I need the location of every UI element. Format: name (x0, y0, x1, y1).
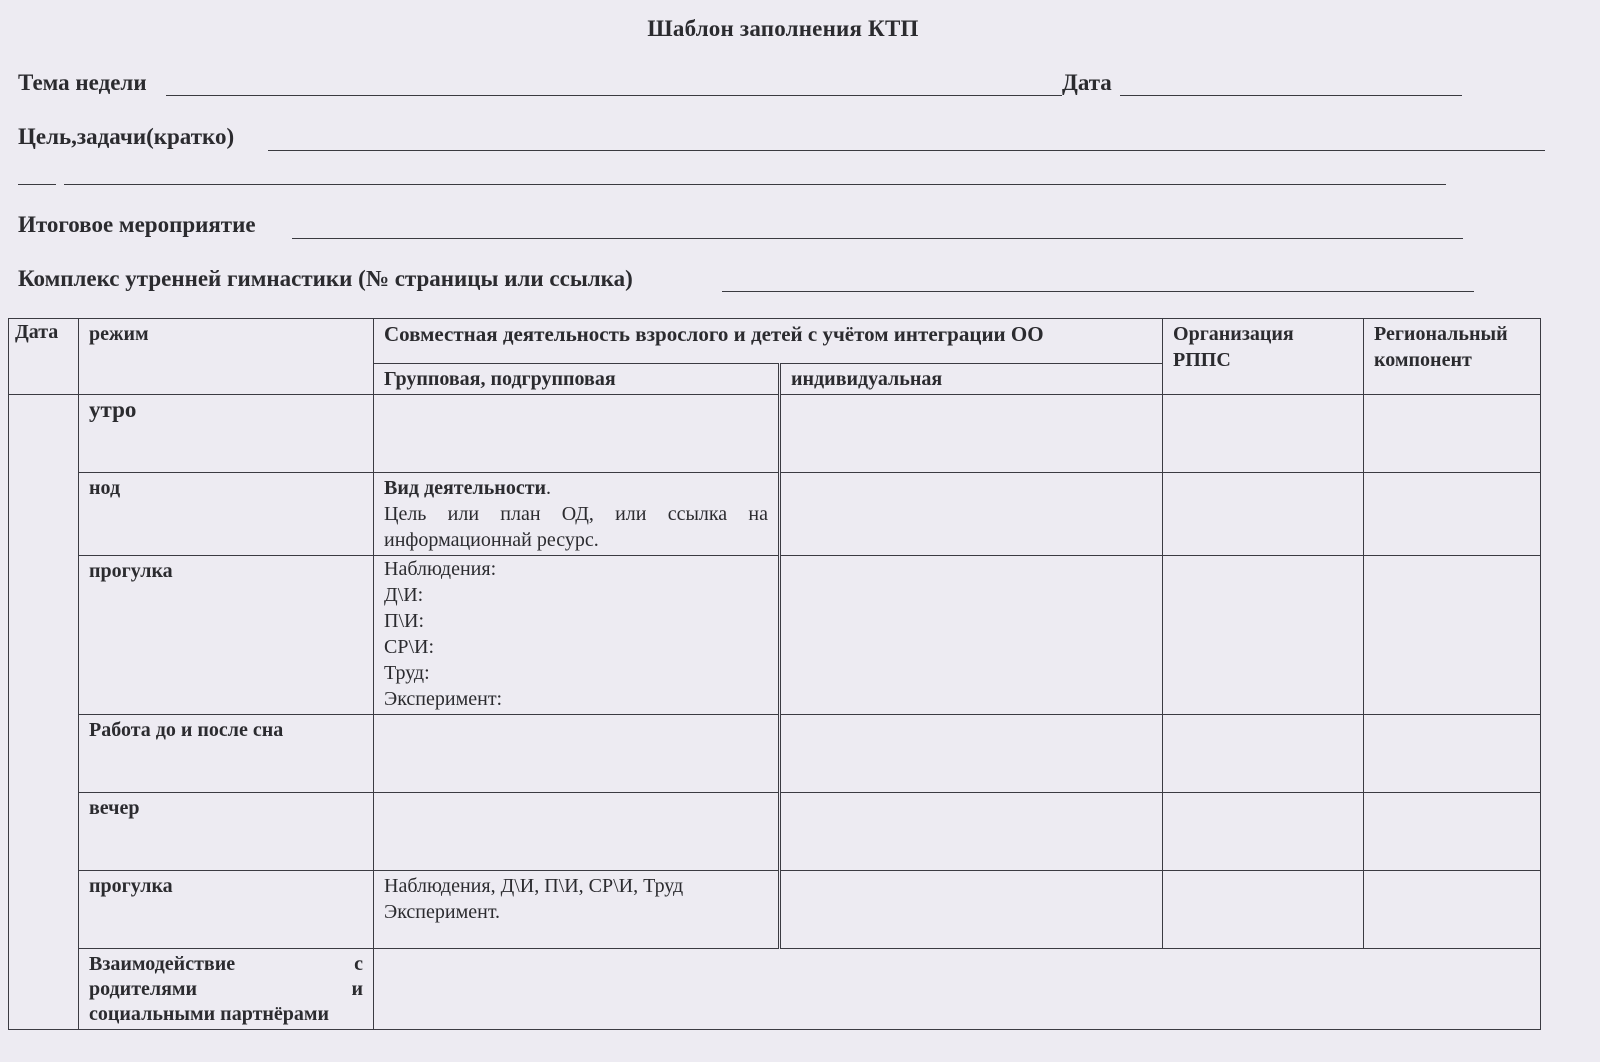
walk-summary-line: Наблюдения, Д\И, П\И, СР\И, Труд (384, 873, 768, 899)
date-label: Дата (1062, 70, 1112, 96)
activity-type-label: Вид деятельности (384, 477, 546, 499)
rpps-cell[interactable] (1163, 473, 1364, 556)
group-cell[interactable]: Вид деятельности. Цель или план ОД, или … (374, 473, 780, 556)
regime-cell: вечер (79, 793, 374, 871)
table-row: вечер (9, 793, 1541, 871)
regional-cell[interactable] (1364, 473, 1541, 556)
header-rpps-line1: Организация (1173, 321, 1353, 347)
group-cell[interactable] (374, 793, 780, 871)
header-joint-activity: Совместная деятельность взрослого и дете… (374, 319, 1163, 364)
regional-cell[interactable] (1364, 395, 1541, 473)
rpps-cell[interactable] (1163, 793, 1364, 871)
header-regime: режим (79, 319, 374, 395)
activity-type-suffix: . (546, 477, 551, 499)
rpps-cell[interactable] (1163, 715, 1364, 793)
table-row: прогулка Наблюдения, Д\И, П\И, СР\И, Тру… (9, 871, 1541, 949)
header-group: Групповая, подгрупповая (374, 364, 780, 395)
table-row: Взаимодействие с родителями и социальным… (9, 949, 1541, 1030)
goals-input-line-2a[interactable] (18, 184, 56, 185)
walk-item: П\И: (384, 608, 768, 634)
header-regional: Региональный компонент (1364, 319, 1541, 395)
regime-cell: Взаимодействие с родителями и социальным… (79, 949, 374, 1030)
goals-label: Цель,задачи(кратко) (18, 124, 234, 150)
walk-summary-line: Эксперимент. (384, 899, 768, 925)
walk-item: СР\И: (384, 634, 768, 660)
walk-item: Труд: (384, 660, 768, 686)
interaction-word-2: с (354, 952, 363, 977)
document-title: Шаблон заполнения КТП (0, 16, 1566, 42)
regional-cell[interactable] (1364, 793, 1541, 871)
rpps-cell[interactable] (1163, 395, 1364, 473)
header-rpps-line2: РППС (1173, 347, 1353, 373)
final-event-input-line[interactable] (292, 238, 1463, 239)
walk-item: Эксперимент: (384, 686, 768, 712)
interaction-word-4: и (351, 977, 363, 1002)
regime-cell: прогулка (79, 871, 374, 949)
regional-cell[interactable] (1364, 556, 1541, 715)
regime-cell: нод (79, 473, 374, 556)
interaction-word-1: Взаимодействие (89, 952, 235, 977)
week-topic-input-line[interactable] (166, 95, 1062, 96)
table-row: Работа до и после сна (9, 715, 1541, 793)
individual-cell[interactable] (780, 715, 1163, 793)
date-cell[interactable] (9, 395, 79, 1030)
regime-cell: прогулка (79, 556, 374, 715)
goals-input-line-2b[interactable] (64, 184, 1446, 185)
rpps-cell[interactable] (1163, 871, 1364, 949)
regional-cell[interactable] (1364, 715, 1541, 793)
group-cell[interactable] (374, 395, 780, 473)
individual-cell[interactable] (780, 395, 1163, 473)
table-row: прогулка Наблюдения: Д\И: П\И: СР\И: Тру… (9, 556, 1541, 715)
walk-item: Д\И: (384, 582, 768, 608)
interaction-word-5: социальными партнёрами (89, 1002, 363, 1027)
group-cell[interactable]: Наблюдения: Д\И: П\И: СР\И: Труд: Экспер… (374, 556, 780, 715)
individual-cell[interactable] (780, 473, 1163, 556)
interaction-word-3: родителями (89, 977, 197, 1002)
group-cell[interactable] (374, 715, 780, 793)
ktp-table: Дата режим Совместная деятельность взрос… (8, 318, 1541, 1030)
regional-cell[interactable] (1364, 871, 1541, 949)
header-regional-line2: компонент (1374, 347, 1530, 373)
interaction-cell[interactable] (374, 949, 1541, 1030)
header-individual: индивидуальная (780, 364, 1163, 395)
morning-exercises-input-line[interactable] (722, 291, 1474, 292)
regime-cell: Работа до и после сна (79, 715, 374, 793)
individual-cell[interactable] (780, 556, 1163, 715)
header-regional-line1: Региональный (1374, 321, 1530, 347)
week-topic-label: Тема недели (18, 70, 147, 96)
table-row: нод Вид деятельности. Цель или план ОД, … (9, 473, 1541, 556)
activity-goal-text: Цель или план ОД, или ссылка на информац… (384, 501, 768, 553)
walk-item: Наблюдения: (384, 556, 768, 582)
morning-exercises-label: Комплекс утренней гимнастики (№ страницы… (18, 266, 633, 292)
header-rpps: Организация РППС (1163, 319, 1364, 395)
header-date: Дата (9, 319, 79, 395)
date-input-line[interactable] (1120, 95, 1462, 96)
final-event-label: Итоговое мероприятие (18, 212, 256, 238)
individual-cell[interactable] (780, 871, 1163, 949)
goals-input-line[interactable] (268, 150, 1545, 151)
table-row: утро (9, 395, 1541, 473)
regime-cell: утро (79, 395, 374, 473)
rpps-cell[interactable] (1163, 556, 1364, 715)
individual-cell[interactable] (780, 793, 1163, 871)
group-cell[interactable]: Наблюдения, Д\И, П\И, СР\И, Труд Экспери… (374, 871, 780, 949)
